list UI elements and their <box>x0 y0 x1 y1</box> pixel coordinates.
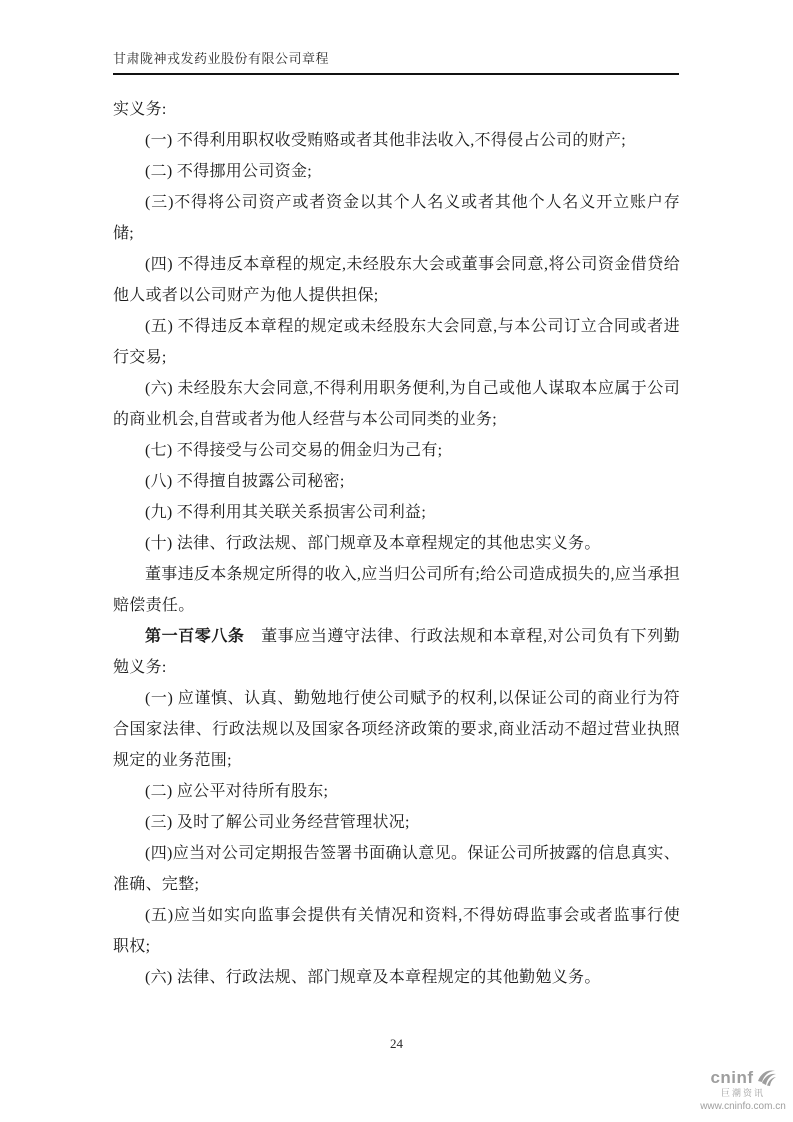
page-number: 24 <box>0 1036 793 1052</box>
paragraph: (七) 不得接受与公司交易的佣金归为己有; <box>113 435 680 466</box>
paragraph: (六) 未经股东大会同意,不得利用职务便利,为自己或他人谋取本应属于公司的商业机… <box>113 373 680 435</box>
paragraph: 实义务: <box>113 94 680 125</box>
cninfo-swirl-icon <box>756 1068 776 1086</box>
paragraph: (四)应当对公司定期报告签署书面确认意见。保证公司所披露的信息真实、准确、完整; <box>113 838 680 900</box>
page-header: 甘肃陇神戎发药业股份有限公司章程 <box>113 48 679 75</box>
document-title: 甘肃陇神戎发药业股份有限公司章程 <box>113 51 329 66</box>
paragraph: (三) 及时了解公司业务经营管理状况; <box>113 807 680 838</box>
paragraph: (二) 应公平对待所有股东; <box>113 776 680 807</box>
paragraph: 第一百零八条 董事应当遵守法律、行政法规和本章程,对公司负有下列勤勉义务: <box>113 621 680 683</box>
cninfo-logo-url: www.cninfo.com.cn <box>700 1101 786 1113</box>
paragraph: (五) 不得违反本章程的规定或未经股东大会同意,与本公司订立合同或者进行交易; <box>113 311 680 373</box>
paragraph: (九) 不得利用其关联关系损害公司利益; <box>113 497 680 528</box>
paragraph: (一) 不得利用职权收受贿赂或者其他非法收入,不得侵占公司的财产; <box>113 125 680 156</box>
paragraph: (三)不得将公司资产或者资金以其个人名义或者其他个人名义开立账户存储; <box>113 187 680 249</box>
cninfo-logo: cninf 巨潮资讯 www.cninfo.com.cn <box>697 1068 789 1112</box>
document-page: 甘肃陇神戎发药业股份有限公司章程 实义务:(一) 不得利用职权收受贿赂或者其他非… <box>0 0 793 1122</box>
paragraph: (二) 不得挪用公司资金; <box>113 156 680 187</box>
paragraph: 董事违反本条规定所得的收入,应当归公司所有;给公司造成损失的,应当承担赔偿责任。 <box>113 559 680 621</box>
document-body: 实义务:(一) 不得利用职权收受贿赂或者其他非法收入,不得侵占公司的财产;(二)… <box>113 94 680 993</box>
paragraph: (一) 应谨慎、认真、勤勉地行使公司赋予的权利,以保证公司的商业行为符合国家法律… <box>113 683 680 776</box>
paragraph: (五)应当如实向监事会提供有关情况和资料,不得妨碍监事会或者监事行使职权; <box>113 900 680 962</box>
paragraph: (八) 不得擅自披露公司秘密; <box>113 466 680 497</box>
paragraph: (四) 不得违反本章程的规定,未经股东大会或董事会同意,将公司资金借贷给他人或者… <box>113 249 680 311</box>
cninfo-logo-top: cninf <box>710 1068 775 1088</box>
cninfo-logo-chinese-name: 巨潮资讯 <box>721 1088 765 1098</box>
paragraph: (六) 法律、行政法规、部门规章及本章程规定的其他勤勉义务。 <box>113 962 680 993</box>
cninfo-logo-word: cninf <box>710 1068 753 1088</box>
article-number: 第一百零八条 <box>145 628 245 645</box>
paragraph: (十) 法律、行政法规、部门规章及本章程规定的其他忠实义务。 <box>113 528 680 559</box>
